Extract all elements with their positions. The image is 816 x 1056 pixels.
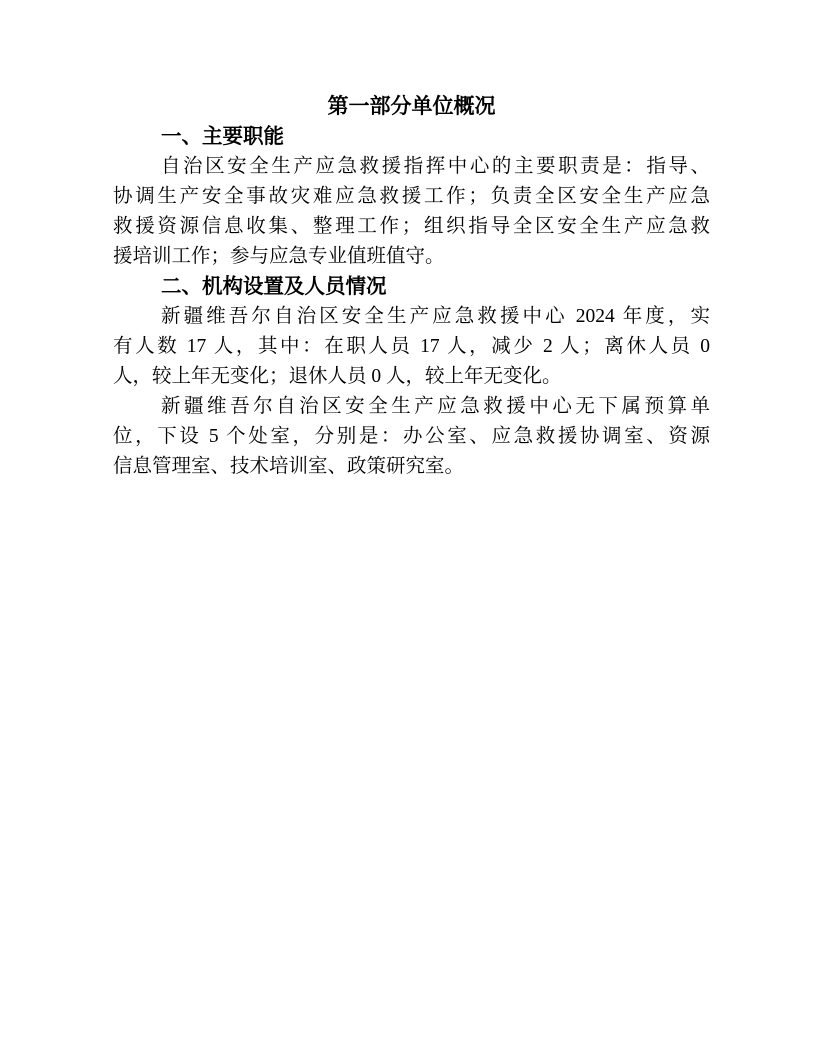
document-title: 第一部分单位概况 — [113, 92, 710, 122]
section-2-heading: 二、机构设置及人员情况 — [113, 272, 710, 302]
text-line: 协调生产安全事故灾难应急救援工作；负责全区安全生产应急 — [113, 182, 710, 212]
text-line: 新疆维吾尔自治区安全生产应急救援中心 2024 年度，实 — [113, 302, 710, 332]
text-line: 位，下设 5 个处室，分别是：办公室、应急救援协调室、资源 — [113, 422, 710, 452]
section-1-heading: 一、主要职能 — [113, 122, 710, 152]
document-page: 第一部分单位概况 一、主要职能 自治区安全生产应急救援指挥中心的主要职责是：指导… — [0, 0, 816, 1056]
text-line: 人，较上年无变化；退休人员 0 人，较上年无变化。 — [113, 362, 710, 392]
text-line: 自治区安全生产应急救援指挥中心的主要职责是：指导、 — [113, 152, 710, 182]
text-line: 新疆维吾尔自治区安全生产应急救援中心无下属预算单 — [113, 392, 710, 422]
text-line: 有人数 17 人，其中：在职人员 17 人，减少 2 人；离休人员 0 — [113, 332, 710, 362]
document-content: 第一部分单位概况 一、主要职能 自治区安全生产应急救援指挥中心的主要职责是：指导… — [113, 92, 710, 482]
text-line: 信息管理室、技术培训室、政策研究室。 — [113, 452, 710, 482]
text-line: 援培训工作；参与应急专业值班值守。 — [113, 242, 710, 272]
text-line: 救援资源信息收集、整理工作；组织指导全区安全生产应急救 — [113, 212, 710, 242]
